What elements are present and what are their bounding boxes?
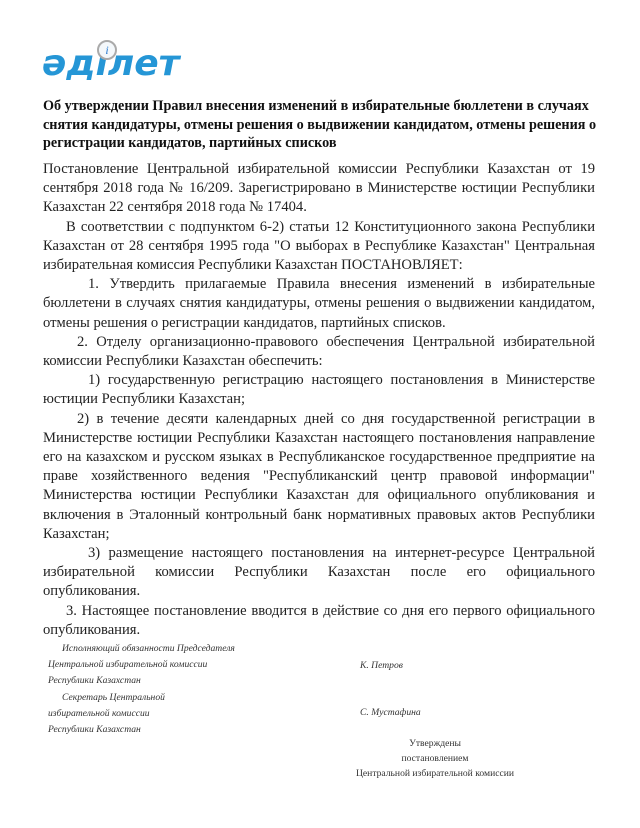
signatory-1-position-line-1: Исполняющий обязанности Председателя <box>48 641 288 657</box>
approved-line-2: постановлением <box>340 751 530 766</box>
document-body: Постановление Центральной избирательной … <box>43 160 595 640</box>
info-magnifier-icon: i <box>97 40 117 60</box>
signatory-2-name: С. Мустафина <box>360 705 421 721</box>
signatory-2-position-line-3: Республики Казахстан <box>48 722 288 738</box>
signatory-2-position-line-1: Секретарь Центральной <box>48 690 288 706</box>
adilet-logo[interactable]: әділет i <box>42 44 179 84</box>
basis-paragraph: В соответствии с подпунктом 6-2) статьи … <box>43 218 595 276</box>
subclause-2-3: 3) размещение настоящего постановления н… <box>43 544 595 602</box>
approved-line-3: Центральной избирательной комиссии <box>340 766 530 781</box>
approved-block: Утверждены постановлением Центральной из… <box>340 736 530 781</box>
clause-1: 1. Утвердить прилагаемые Правила внесени… <box>43 275 595 333</box>
signatory-2-position-line-2: избирательной комиссии <box>48 706 288 722</box>
clause-2: 2. Отделу организационно-правового обесп… <box>43 333 595 371</box>
document-title: Об утверждении Правил внесения изменений… <box>43 97 603 153</box>
clause-3: 3. Настоящее постановление вводится в де… <box>43 602 595 640</box>
preamble-paragraph: Постановление Центральной избирательной … <box>43 160 595 218</box>
signatures-positions: Исполняющий обязанности Председателя Цен… <box>48 641 288 738</box>
approved-line-1: Утверждены <box>340 736 530 751</box>
signatory-1-position-line-2: Центральной избирательной комиссии <box>48 657 288 673</box>
subclause-2-2: 2) в течение десяти календарных дней со … <box>43 410 595 544</box>
signatory-1-name: К. Петров <box>360 658 403 674</box>
subclause-2-1: 1) государственную регистрацию настоящег… <box>43 371 595 409</box>
signatory-1-position-line-3: Республики Казахстан <box>48 673 288 689</box>
